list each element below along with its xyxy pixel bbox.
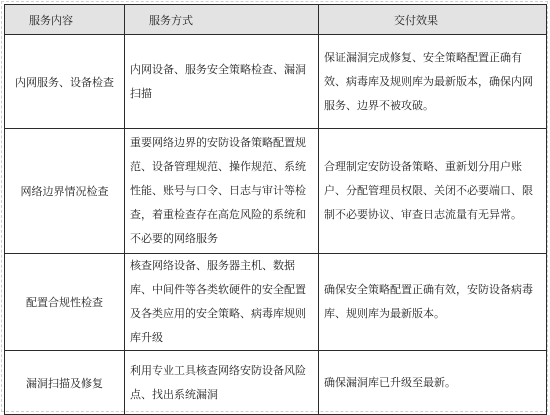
header-service-method: 服务方式 xyxy=(125,5,319,35)
table-row: 漏洞扫描及修复 利用专业工具核查网络安防设备风险点、找出系统漏洞 确保漏洞库已升… xyxy=(5,351,547,415)
cell-delivery-result: 确保漏洞库已升级至最新。 xyxy=(319,351,547,415)
service-table: 服务内容 服务方式 交付效果 内网服务、设备检查 内网设备、服务安全策略检查、漏… xyxy=(4,4,547,414)
cell-delivery-result: 确保安全策略配置正确有效，安防设备病毒库、规则库为最新版本。 xyxy=(319,254,547,351)
cell-delivery-result: 保证漏洞完成修复、安全策略配置正确有效、病毒库及规则库为最新版本，确保内网服务、… xyxy=(319,35,547,129)
service-table-container: 服务内容 服务方式 交付效果 内网服务、设备检查 内网设备、服务安全策略检查、漏… xyxy=(4,4,546,414)
cell-service-method: 重要网络边界的安防设备策略配置规范、设备管理规范、操作规范、系统性能、账号与口令… xyxy=(125,129,319,254)
table-row: 网络边界情况检查 重要网络边界的安防设备策略配置规范、设备管理规范、操作规范、系… xyxy=(5,129,547,254)
table-row: 配置合规性检查 核查网络设备、服务器主机、数据库、中间件等各类软硬件的安全配置及… xyxy=(5,254,547,351)
cell-service-content: 内网服务、设备检查 xyxy=(5,35,125,129)
cell-service-method: 核查网络设备、服务器主机、数据库、中间件等各类软硬件的安全配置及各类应用的安全策… xyxy=(125,254,319,351)
cell-service-content: 网络边界情况检查 xyxy=(5,129,125,254)
cell-delivery-result: 合理制定安防设备策略、重新划分用户账户、分配管理员权限、关闭不必要端口、限制不必… xyxy=(319,129,547,254)
cell-service-method: 利用专业工具核查网络安防设备风险点、找出系统漏洞 xyxy=(125,351,319,415)
cell-service-method: 内网设备、服务安全策略检查、漏洞扫描 xyxy=(125,35,319,129)
table-header-row: 服务内容 服务方式 交付效果 xyxy=(5,5,547,35)
cell-service-content: 漏洞扫描及修复 xyxy=(5,351,125,415)
cell-service-content: 配置合规性检查 xyxy=(5,254,125,351)
table-row: 内网服务、设备检查 内网设备、服务安全策略检查、漏洞扫描 保证漏洞完成修复、安全… xyxy=(5,35,547,129)
header-delivery-result: 交付效果 xyxy=(319,5,547,35)
header-service-content: 服务内容 xyxy=(5,5,125,35)
